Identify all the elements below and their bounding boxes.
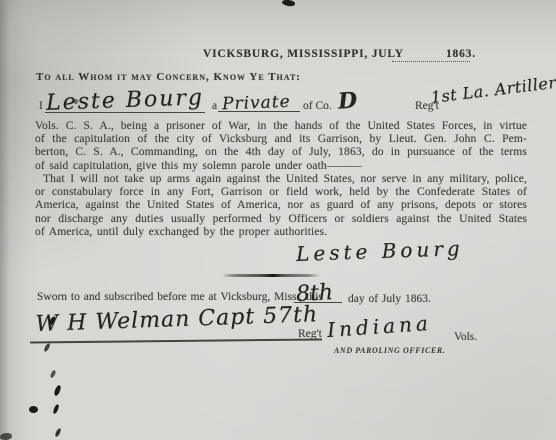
attestation-printed-after: day of July 1863. bbox=[348, 293, 431, 305]
officer-state-handwritten: Indiana bbox=[326, 311, 432, 342]
rank-blank-line bbox=[218, 111, 300, 112]
section-divider bbox=[222, 274, 320, 277]
officer-signature: W H Welman Capt 57th bbox=[35, 302, 318, 337]
attestation-printed-before: Sworn to and subscribed before me at Vic… bbox=[37, 291, 323, 303]
ink-speck bbox=[282, 0, 296, 7]
paragraph1-line: Vols. C. S. A., being a prisoner of War,… bbox=[35, 119, 527, 132]
printed-of-co: of Co. bbox=[303, 100, 332, 112]
dateline-place: VICKSBURG, MISSISSIPPI, JULY bbox=[203, 48, 404, 60]
paragraph2-line: nor discharge any duties usually perform… bbox=[35, 212, 527, 225]
parole-document-scan: VICKSBURG, MISSISSIPPI, JULY 1863. To al… bbox=[0, 0, 556, 440]
paragraph1-line: of the capitulation of the city of Vicks… bbox=[35, 132, 527, 145]
officer-printed-regt: Reg't bbox=[298, 328, 322, 340]
paragraph1-line: of said capitulation, give this my solem… bbox=[35, 159, 527, 172]
officer-signature-line bbox=[30, 338, 322, 343]
ink-speck bbox=[0, 433, 12, 440]
officer-printed-vols: Vols. bbox=[454, 331, 477, 343]
dateline-year: 1863. bbox=[446, 48, 476, 60]
paroling-officer-title: AND PAROLING OFFICER. bbox=[334, 346, 445, 355]
body-paragraph-2: That I will not take up arms again again… bbox=[35, 172, 527, 238]
ink-speck bbox=[29, 406, 38, 413]
soldier-signature: Leste Bourg bbox=[296, 236, 464, 266]
salutation: To all Whom it may Concern, Know Ye That… bbox=[36, 71, 301, 83]
paragraph2-line: or constabulary force in any Fort, Garri… bbox=[35, 185, 527, 198]
body-paragraph-1: Vols. C. S. A., being a prisoner of War,… bbox=[35, 119, 527, 172]
printed-i: I bbox=[39, 100, 43, 112]
paragraph2-line: America, against the United States of Am… bbox=[35, 198, 527, 211]
company-handwritten: D bbox=[337, 87, 358, 114]
ink-speck bbox=[43, 343, 51, 353]
printed-a: a bbox=[212, 100, 217, 112]
paragraph1-line: berton, C. S. A., Commanding, on the 4th… bbox=[35, 145, 527, 158]
ink-speck bbox=[52, 404, 59, 415]
paragraph2-line: That I will not take up arms again again… bbox=[35, 172, 527, 185]
name-blank-line bbox=[45, 112, 205, 113]
ink-speck bbox=[54, 428, 61, 438]
regiment-handwritten: 1st La. Artillery bbox=[430, 72, 556, 107]
ink-speck bbox=[50, 370, 57, 379]
ink-speck bbox=[53, 384, 61, 396]
